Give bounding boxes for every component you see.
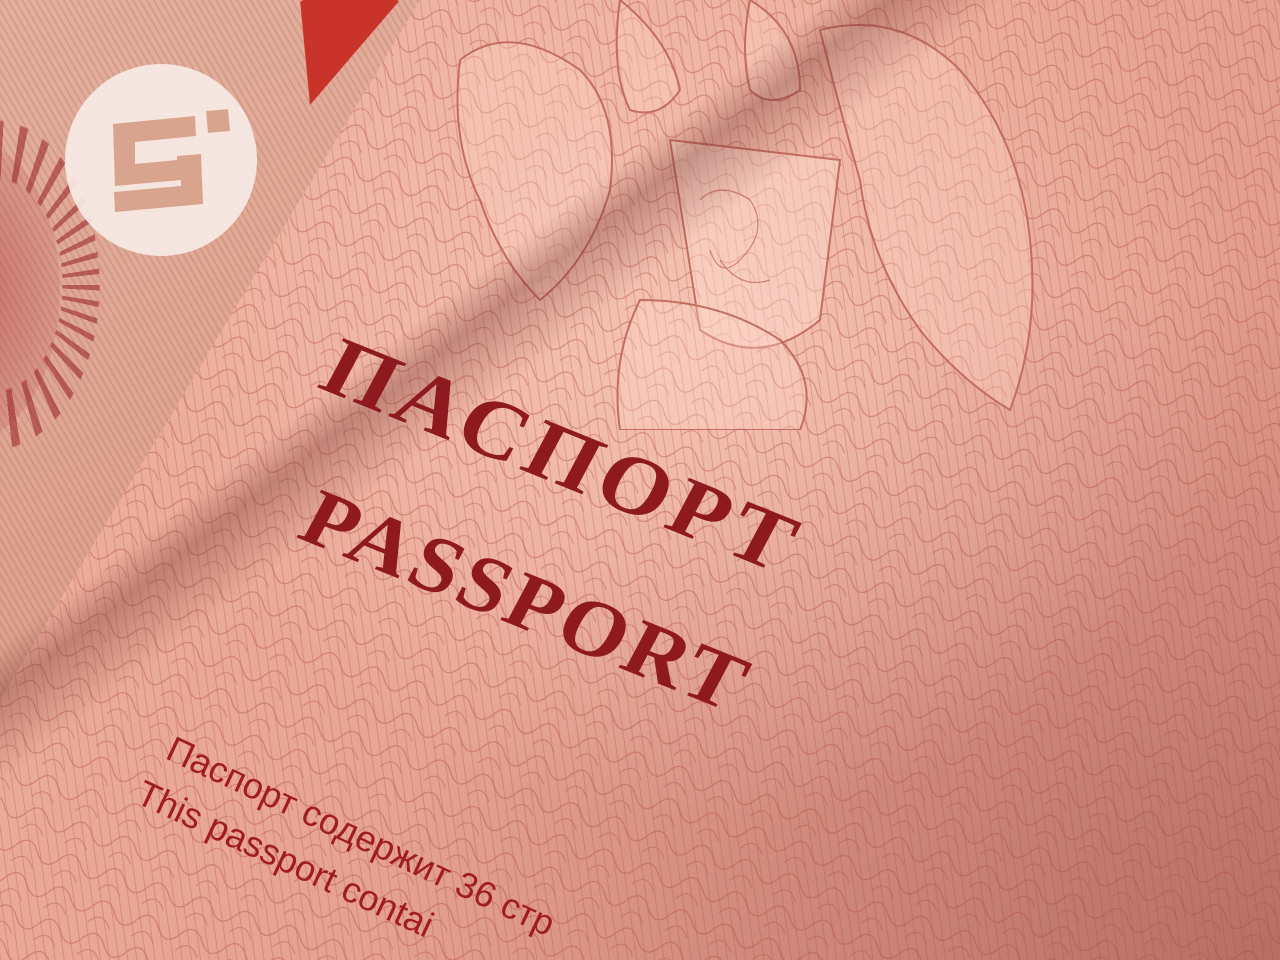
passport-photo: ПАСПОРТ PASSPORT Паспорт содержит 36 стр…	[0, 0, 1280, 960]
brand-logo-icon	[65, 64, 257, 256]
eagle-emblem-icon	[420, 0, 1060, 430]
